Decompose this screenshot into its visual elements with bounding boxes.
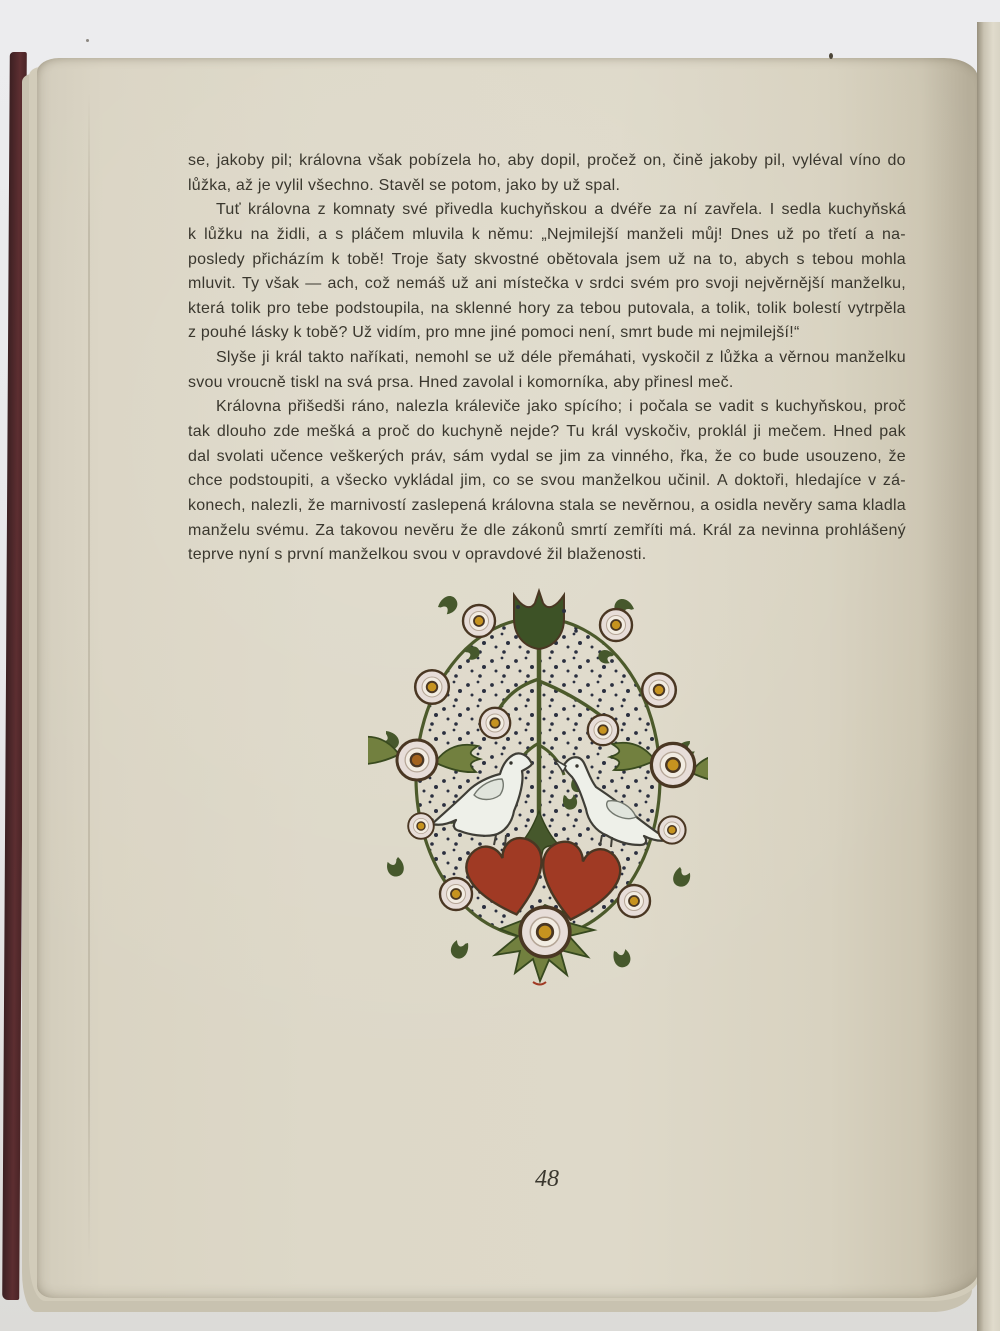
text-line: kterátolikprotebepodstoupila,nasklenného… xyxy=(188,297,906,322)
body-text: se,jakobypil;královnavšakpobízelaho,abyd… xyxy=(188,149,906,568)
text-line: chcepodstoupiti,avšeckovykládaljim,coses… xyxy=(188,469,906,494)
text-line: zpouhéláskyktobě?Užvidím,promnejinépomoc… xyxy=(188,321,906,346)
text-line: posledypřicházímktobě!Troješatyskvostnéo… xyxy=(188,248,906,273)
text-line: mluvit.Tyvšak—ach,cožnemášužanimístečkav… xyxy=(188,272,906,297)
page-crease xyxy=(88,92,90,1262)
paper-speck xyxy=(829,53,833,59)
text-line: konech,nalezli,žemarnivostízaslepenákrál… xyxy=(188,494,906,519)
text-line: dalsvolatiučenceveškerýchpráv,sámvydalse… xyxy=(188,445,906,470)
bottom-flower xyxy=(520,907,570,957)
text-line: Královnapřišedširáno,nalezlakrálevičejak… xyxy=(188,395,906,420)
paper-speck xyxy=(86,39,89,42)
text-line: teprvenynísprvnímanželkousvouvopravdovéž… xyxy=(188,543,906,568)
text-line: se,jakobypil;královnavšakpobízelaho,abyd… xyxy=(188,149,906,174)
text-line: klůžkunažidli,aspláčemmluvilakněmu:„Nejm… xyxy=(188,223,906,248)
photo-background: se,jakobypil;královnavšakpobízelaho,abyd… xyxy=(0,0,1000,1331)
gutter-facing-page xyxy=(977,22,1000,1331)
text-line: lůžka,ažjevylilvšechno.Stavělsepotom,jak… xyxy=(188,174,906,199)
text-line: Slyšejikráltaktonaříkati,nemohlseuždélep… xyxy=(188,346,906,371)
page-number: 48 xyxy=(188,1166,906,1193)
text-line: manželusvému.Zatakovounevěružedlezákonůs… xyxy=(188,519,906,544)
wreath-doves-illustration xyxy=(368,583,708,995)
text-line: takdlouhozdemeškáapročdokuchyněnejde?Tuk… xyxy=(188,420,906,445)
tulip xyxy=(514,591,564,649)
text-line: Tuťkrálovnazkomnatysvépřivedlakuchyňskou… xyxy=(188,198,906,223)
text-line: svouvroucnětisklnasváprsa.Hnedzavolaliko… xyxy=(188,371,906,396)
